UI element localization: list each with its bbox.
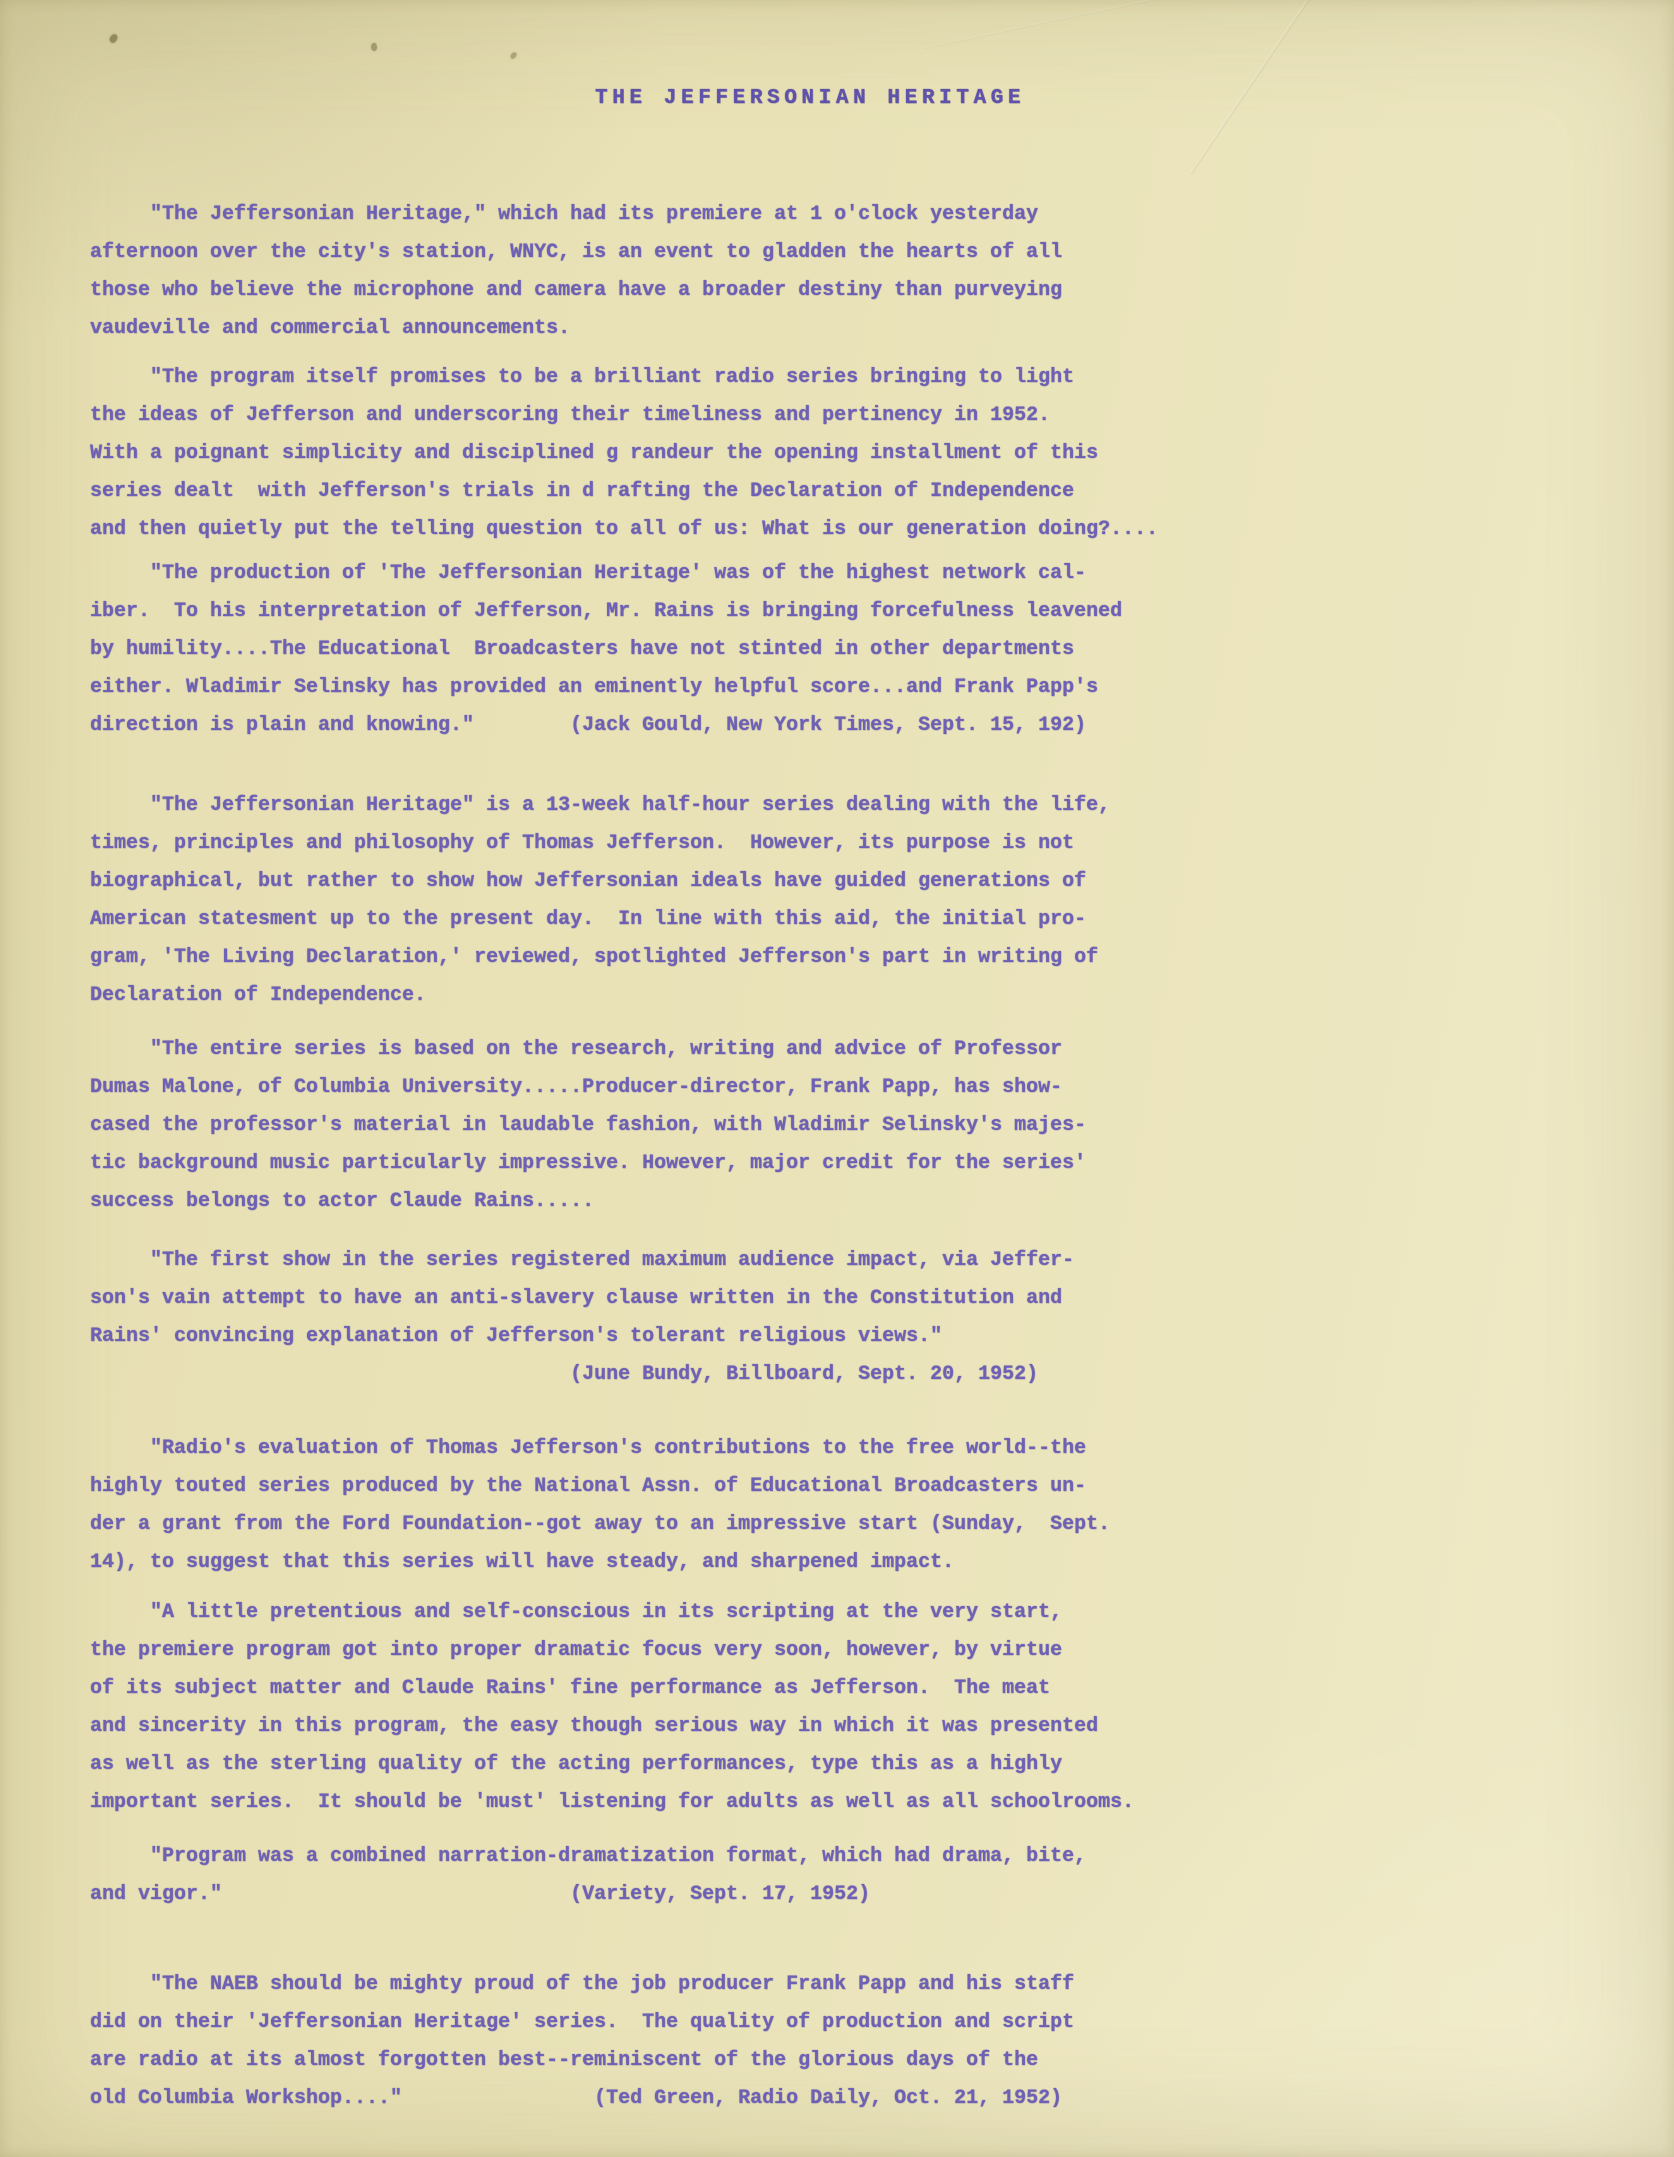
- document-paragraph-1: "The Jeffersonian Heritage," which had i…: [90, 196, 1650, 348]
- document-paragraph-2: "The program itself promises to be a bri…: [90, 359, 1650, 549]
- document-paragraph-4: "The Jeffersonian Heritage" is a 13-week…: [90, 787, 1650, 1015]
- document-paragraph-6: "The first show in the series registered…: [90, 1242, 1650, 1394]
- paper-speck: [510, 51, 518, 60]
- document-paragraph-5: "The entire series is based on the resea…: [90, 1031, 1650, 1221]
- document-paragraph-7: "Radio's evaluation of Thomas Jefferson'…: [90, 1430, 1650, 1582]
- paper-speck: [370, 42, 378, 51]
- document-paragraph-10: "The NAEB should be mighty proud of the …: [90, 1966, 1650, 2118]
- document-title: THE JEFFERSONIAN HERITAGE: [595, 84, 1650, 114]
- document-content: THE JEFFERSONIAN HERITAGE "The Jefferson…: [90, 84, 1650, 2118]
- paper-crease: [924, 0, 1277, 49]
- document-paragraph-3: "The production of 'The Jeffersonian Her…: [90, 555, 1650, 745]
- paper-speck: [109, 33, 119, 44]
- document-paragraph-8: "A little pretentious and self-conscious…: [90, 1594, 1650, 1822]
- document-paragraph-9: "Program was a combined narration-dramat…: [90, 1838, 1650, 1914]
- document-page: THE JEFFERSONIAN HERITAGE "The Jefferson…: [0, 0, 1674, 2157]
